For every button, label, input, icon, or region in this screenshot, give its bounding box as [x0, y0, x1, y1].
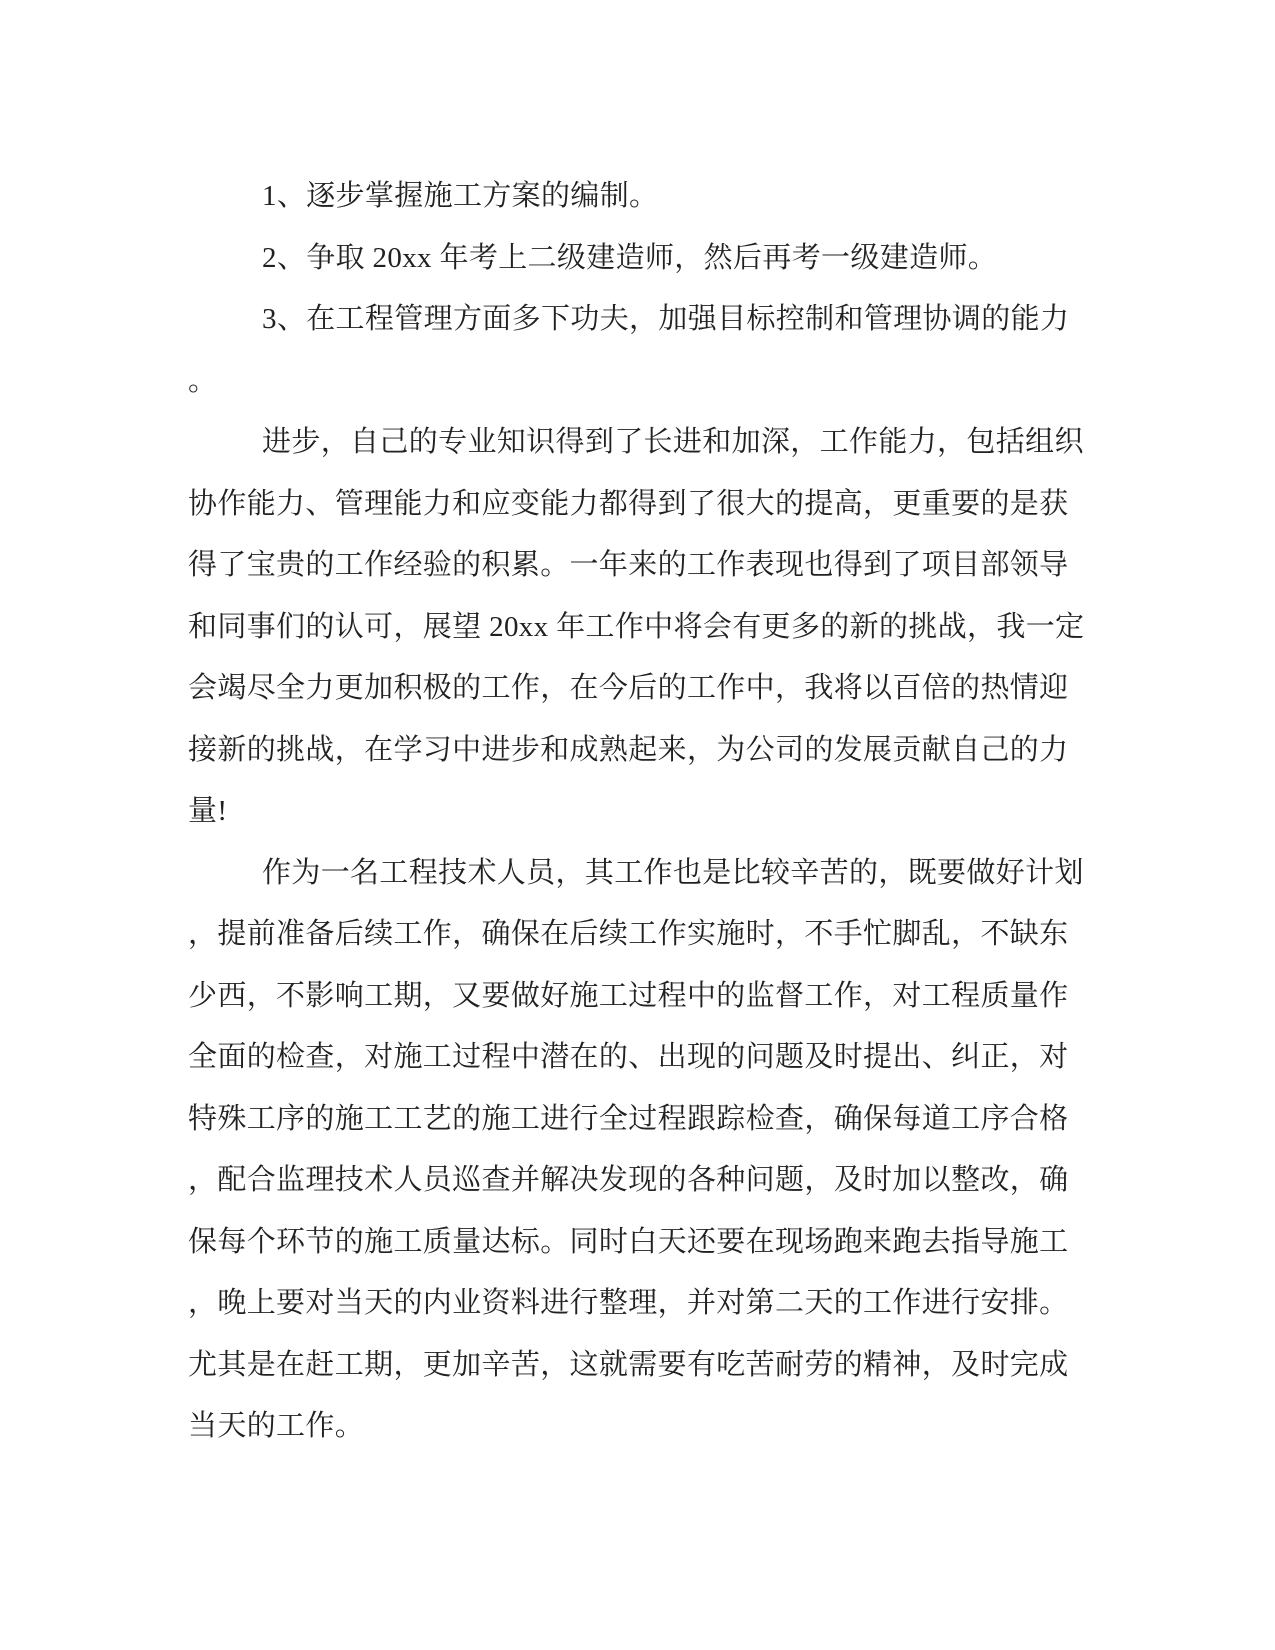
- text-line: 全面的检查，对施工过程中潜在的、出现的问题及时提出、纠正，对: [188, 1027, 1073, 1089]
- text-line: 。: [188, 351, 1073, 413]
- text-line: 1、逐步掌握施工方案的编制。: [188, 166, 1073, 228]
- text-line: ，配合监理技术人员巡查并解决发现的各种问题，及时加以整改，确: [188, 1150, 1073, 1212]
- text-line: 进步，自己的专业知识得到了长进和加深，工作能力，包括组织: [188, 412, 1073, 474]
- text-line: 2、争取 20xx 年考上二级建造师，然后再考一级建造师。: [188, 228, 1073, 290]
- text-line: ，晚上要对当天的内业资料进行整理，并对第二天的工作进行安排。: [188, 1273, 1073, 1335]
- text-line: 当天的工作。: [188, 1396, 1073, 1458]
- text-line: 得了宝贵的工作经验的积累。一年来的工作表现也得到了项目部领导: [188, 535, 1073, 597]
- text-line: 协作能力、管理能力和应变能力都得到了很大的提高，更重要的是获: [188, 474, 1073, 536]
- text-line: 尤其是在赶工期，更加辛苦，这就需要有吃苦耐劳的精神，及时完成: [188, 1335, 1073, 1397]
- text-line: 保每个环节的施工质量达标。同时白天还要在现场跑来跑去指导施工: [188, 1212, 1073, 1274]
- text-line: 会竭尽全力更加积极的工作，在今后的工作中，我将以百倍的热情迎: [188, 658, 1073, 720]
- text-line: 特殊工序的施工工艺的施工进行全过程跟踪检查，确保每道工序合格: [188, 1089, 1073, 1151]
- text-line: 和同事们的认可，展望 20xx 年工作中将会有更多的新的挑战，我一定: [188, 597, 1073, 659]
- document-body: 1、逐步掌握施工方案的编制。2、争取 20xx 年考上二级建造师，然后再考一级建…: [188, 166, 1073, 1458]
- text-line: 3、在工程管理方面多下功夫，加强目标控制和管理协调的能力: [188, 289, 1073, 351]
- document-page: 1、逐步掌握施工方案的编制。2、争取 20xx 年考上二级建造师，然后再考一级建…: [0, 0, 1275, 1650]
- text-line: 接新的挑战，在学习中进步和成熟起来，为公司的发展贡献自己的力: [188, 720, 1073, 782]
- text-line: ，提前准备后续工作，确保在后续工作实施时，不手忙脚乱，不缺东: [188, 904, 1073, 966]
- text-line: 量!: [188, 781, 1073, 843]
- text-line: 作为一名工程技术人员，其工作也是比较辛苦的，既要做好计划: [188, 843, 1073, 905]
- text-line: 少西，不影响工期，又要做好施工过程中的监督工作，对工程质量作: [188, 966, 1073, 1028]
